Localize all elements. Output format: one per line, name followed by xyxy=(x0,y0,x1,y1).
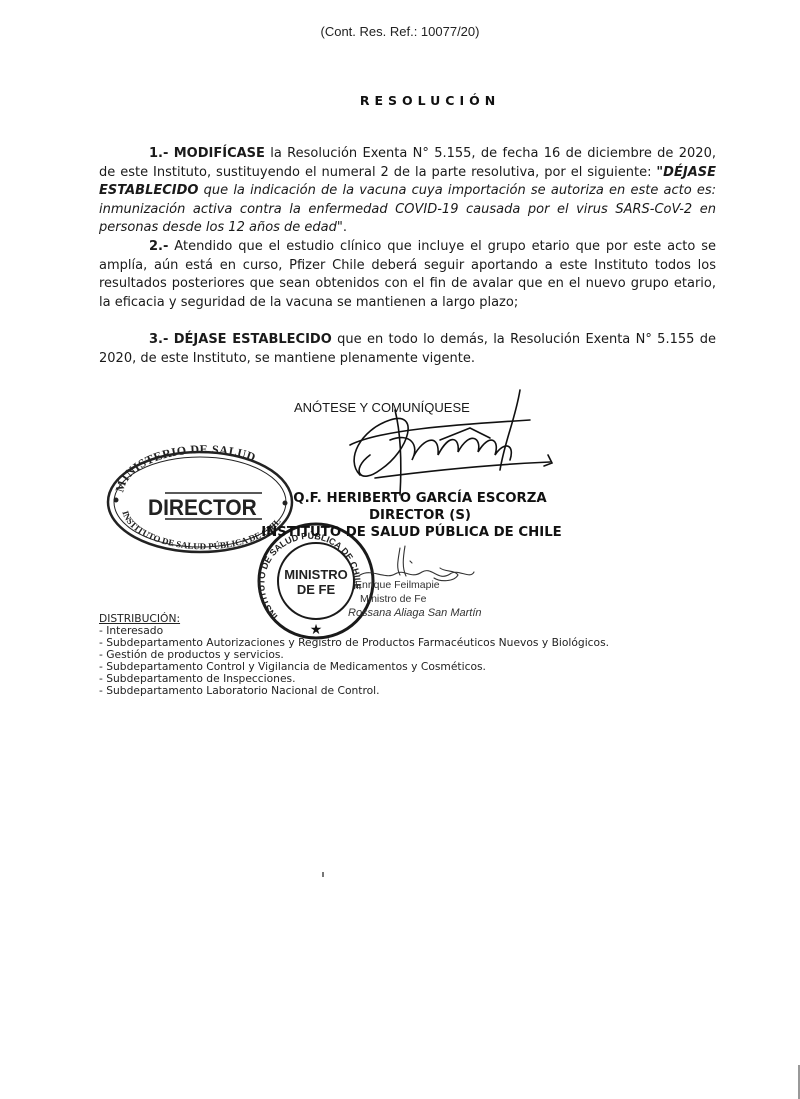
ministro-de-fe-signature xyxy=(360,546,474,581)
scan-speck xyxy=(322,872,324,877)
director-signature xyxy=(350,390,552,495)
ministro-stamp-line2: DE FE xyxy=(297,582,336,597)
director-stamp-center: DIRECTOR xyxy=(148,496,257,521)
distribution-heading: DISTRIBUCIÓN: xyxy=(99,613,609,625)
distribution-list: DISTRIBUCIÓN: - Interesado - Subdepartam… xyxy=(99,613,609,697)
ministro-stamp-line1: MINISTRO xyxy=(284,567,348,582)
signatory-role: DIRECTOR (S) xyxy=(260,507,580,524)
distribution-item: - Subdepartamento Laboratorio Nacional d… xyxy=(99,685,609,697)
ministro-de-fe-name: Enrique Feilmapie xyxy=(355,579,440,591)
stamps-and-signatures: DIRECTOR MINISTERIO DE SALUD INSTITUTO D… xyxy=(0,0,800,1099)
signatory-name: Q.F. HERIBERTO GARCÍA ESCORZA xyxy=(260,490,580,507)
ministro-de-fe-title: Ministro de Fe xyxy=(360,593,427,605)
signatory-institution: INSTITUTO DE SALUD PÚBLICA DE CHILE xyxy=(244,524,579,541)
